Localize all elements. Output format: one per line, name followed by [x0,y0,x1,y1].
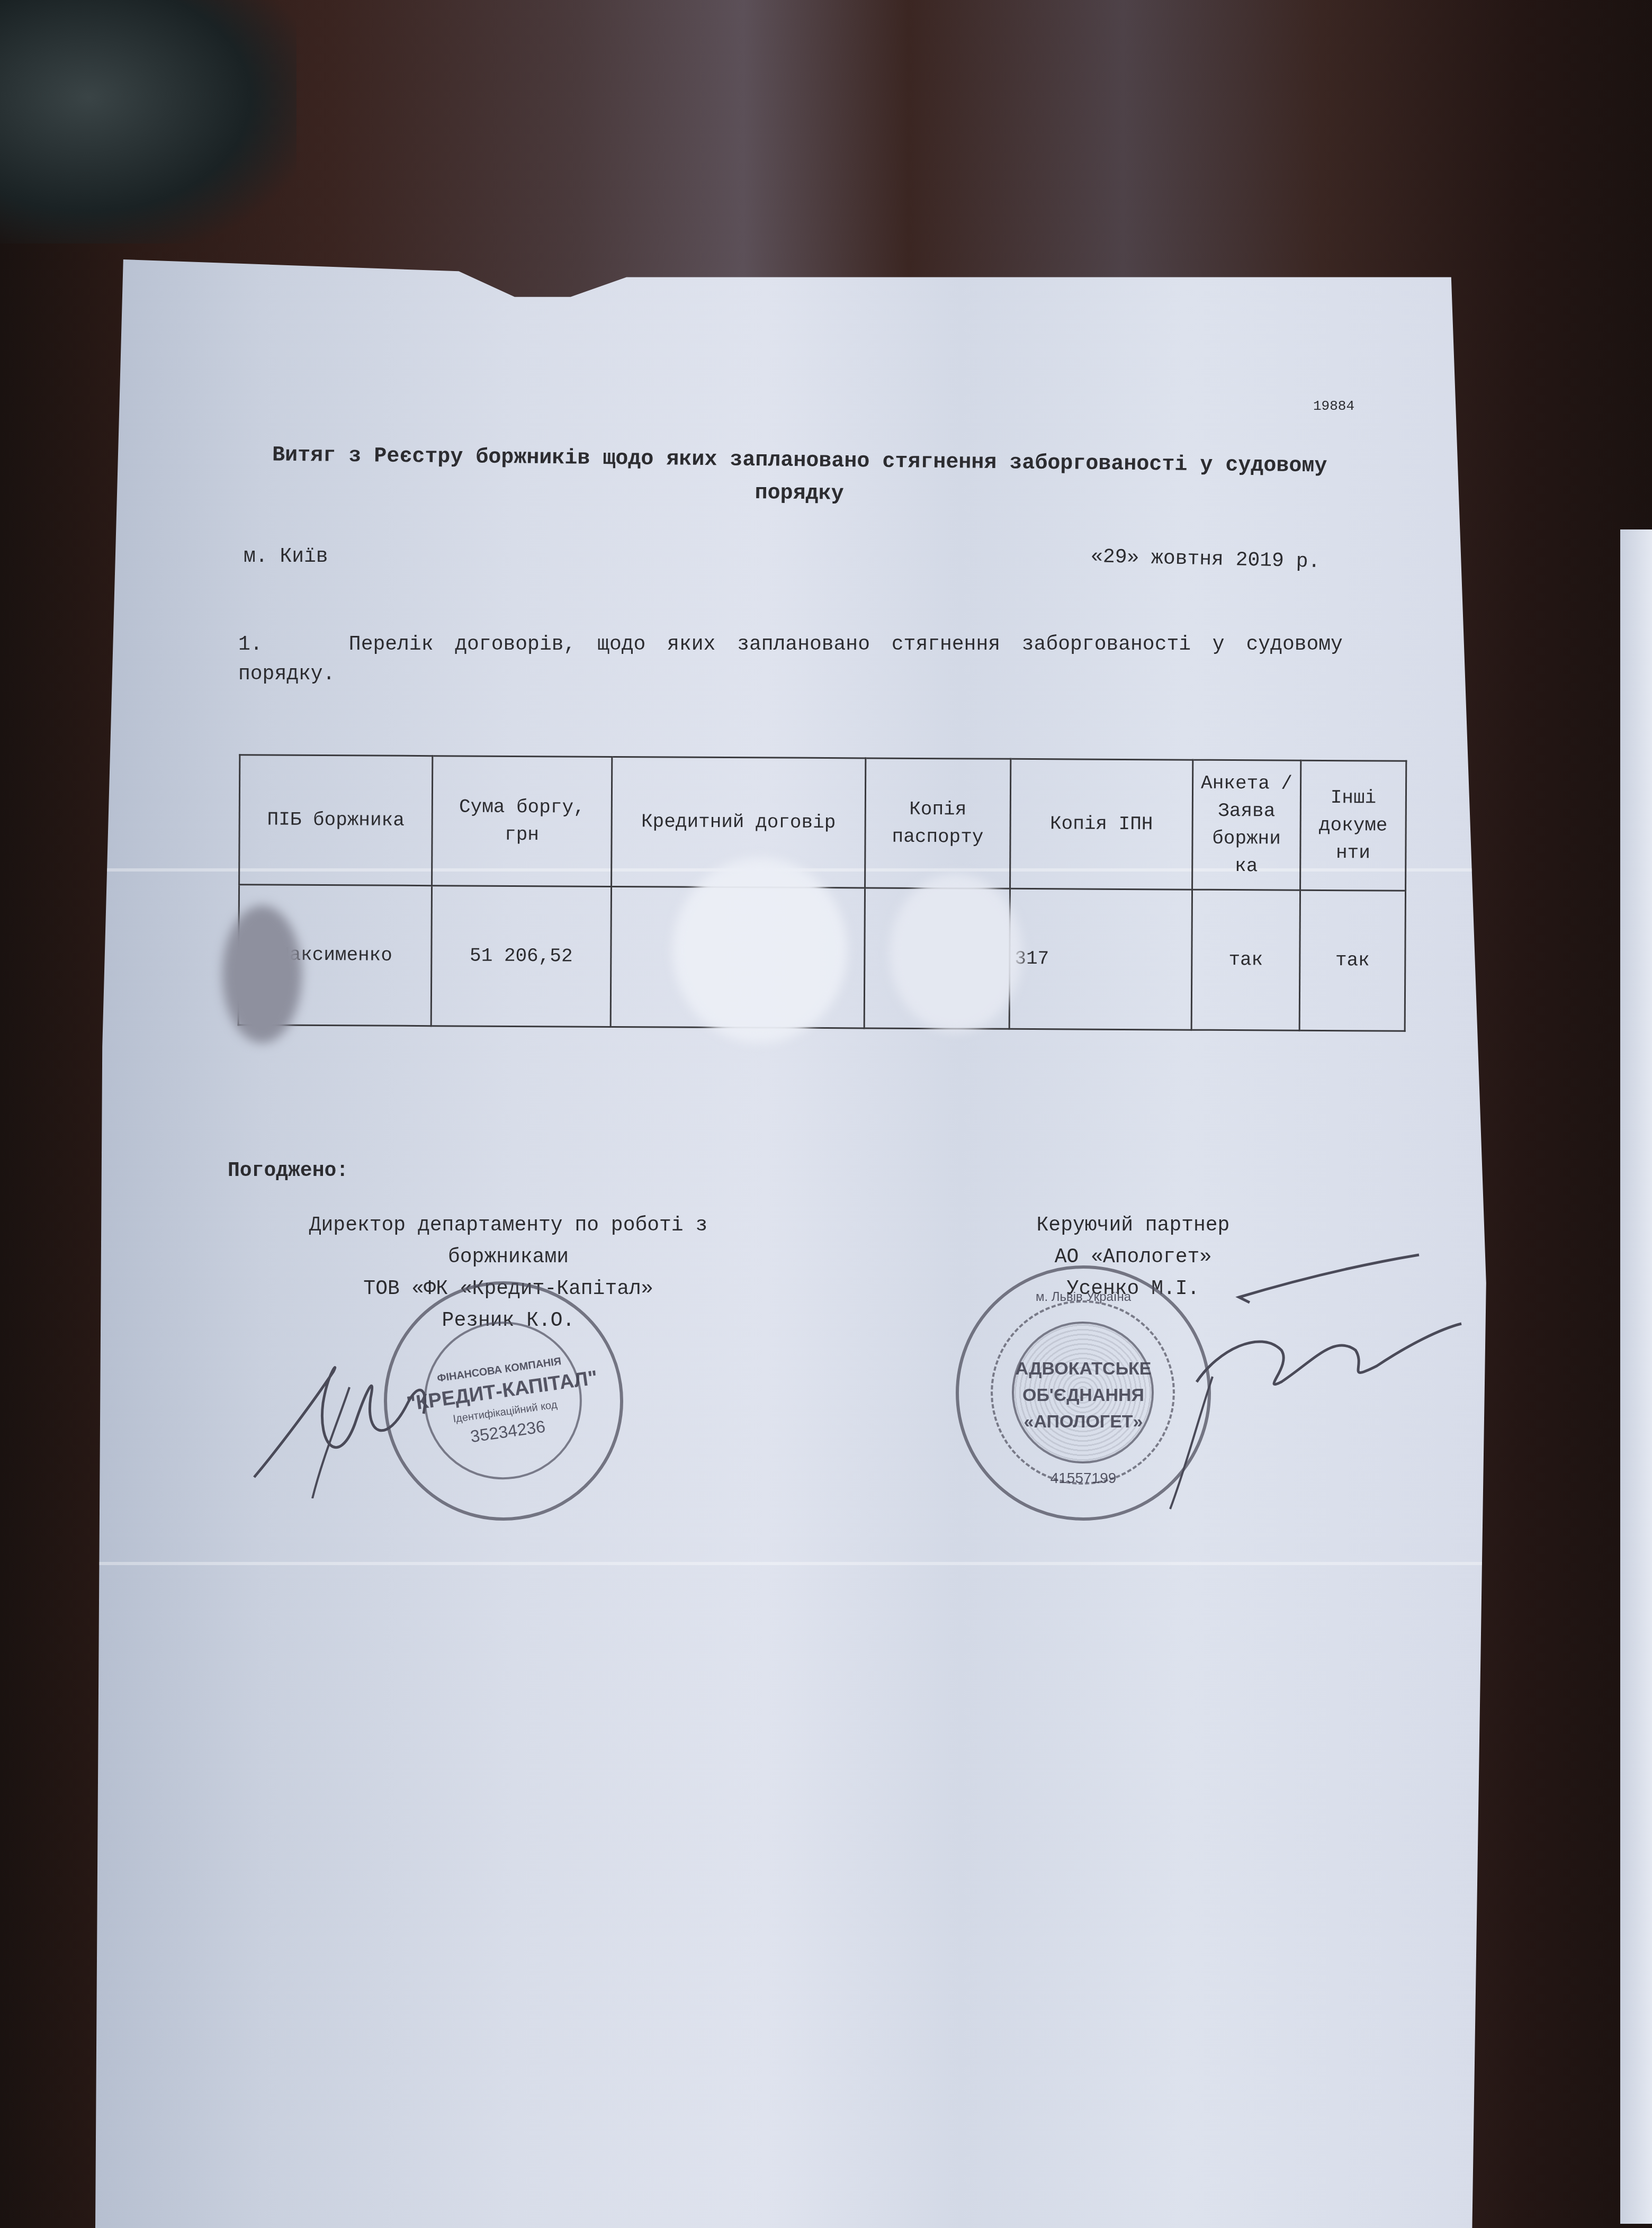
section-paragraph: 1. Перелік договорів, щодо яких запланов… [238,630,1403,689]
document-city: м. Київ [244,545,328,568]
redaction-blur [672,858,847,1043]
col-header-tax-id: Копія ІПН [1010,759,1193,890]
document-date: «29» жовтня 2019 р. [1091,545,1321,573]
col-header-name: ПІБ боржника [239,755,433,886]
document-content: 19884 Витяг з Реєстру боржників щодо яки… [95,259,1493,2228]
approval-label: Погоджено: [228,1160,348,1182]
document-title: Витяг з Реєстру боржників щодо яких запл… [222,439,1377,517]
redaction-blur [222,905,302,1043]
cell-application: так [1191,890,1300,1030]
right-signature-icon [1038,1244,1514,1520]
col-header-passport: Копія паспорту [865,758,1011,888]
right-signatory-position: Керуючий партнер [964,1210,1303,1242]
document-sheet: 19884 Витяг з Реєстру боржників щодо яки… [95,259,1493,2228]
table-header-row: ПІБ боржника Сума боргу, грн Кредитний д… [239,755,1406,891]
cell-other-docs: так [1299,890,1405,1031]
left-signatory-position: Директор департаменту по роботі з боржни… [254,1210,762,1273]
col-header-other-docs: Інші докуме нти [1300,760,1406,891]
background-bag [0,0,297,244]
cell-debt-amount: 51 206,52 [431,886,611,1027]
background-paper-edge [1620,529,1652,2224]
col-header-debt: Сума боргу, грн [432,756,612,887]
left-signature-icon [249,1340,514,1498]
col-header-application: Анкета /Заява боржни ка [1192,760,1301,890]
document-number: 19884 [1313,398,1354,414]
cell-tax-id: 317 [1009,888,1192,1030]
redaction-blur [890,874,1022,1032]
